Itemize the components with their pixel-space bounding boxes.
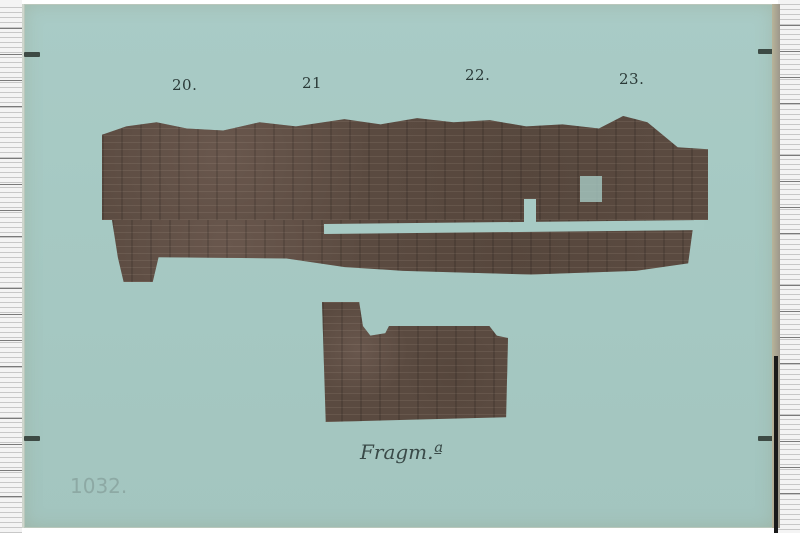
column-number-21: 21 (302, 74, 322, 92)
column-number-22: 22. (465, 66, 490, 84)
right-clip-top (758, 49, 774, 54)
left-clip-top (24, 52, 40, 57)
fragment-label: Fragm.ª (360, 440, 443, 464)
fragment-crack-branch (524, 199, 536, 229)
column-number-23: 23. (619, 70, 644, 88)
fragment-hole (580, 176, 602, 202)
right-scale-black-bar (774, 356, 778, 533)
papyrus-fragment-lower (322, 302, 508, 422)
right-measuring-scale (778, 0, 800, 533)
left-measuring-scale (0, 0, 22, 533)
mounting-board: 20. 21 22. 23. Fragm.ª 1032. (22, 4, 774, 528)
inventory-number: 1032. (70, 474, 127, 498)
left-clip-bottom (24, 436, 40, 441)
right-clip-bottom (758, 436, 774, 441)
papyrus-fragment-main (102, 116, 708, 220)
column-number-20: 20. (172, 76, 197, 94)
